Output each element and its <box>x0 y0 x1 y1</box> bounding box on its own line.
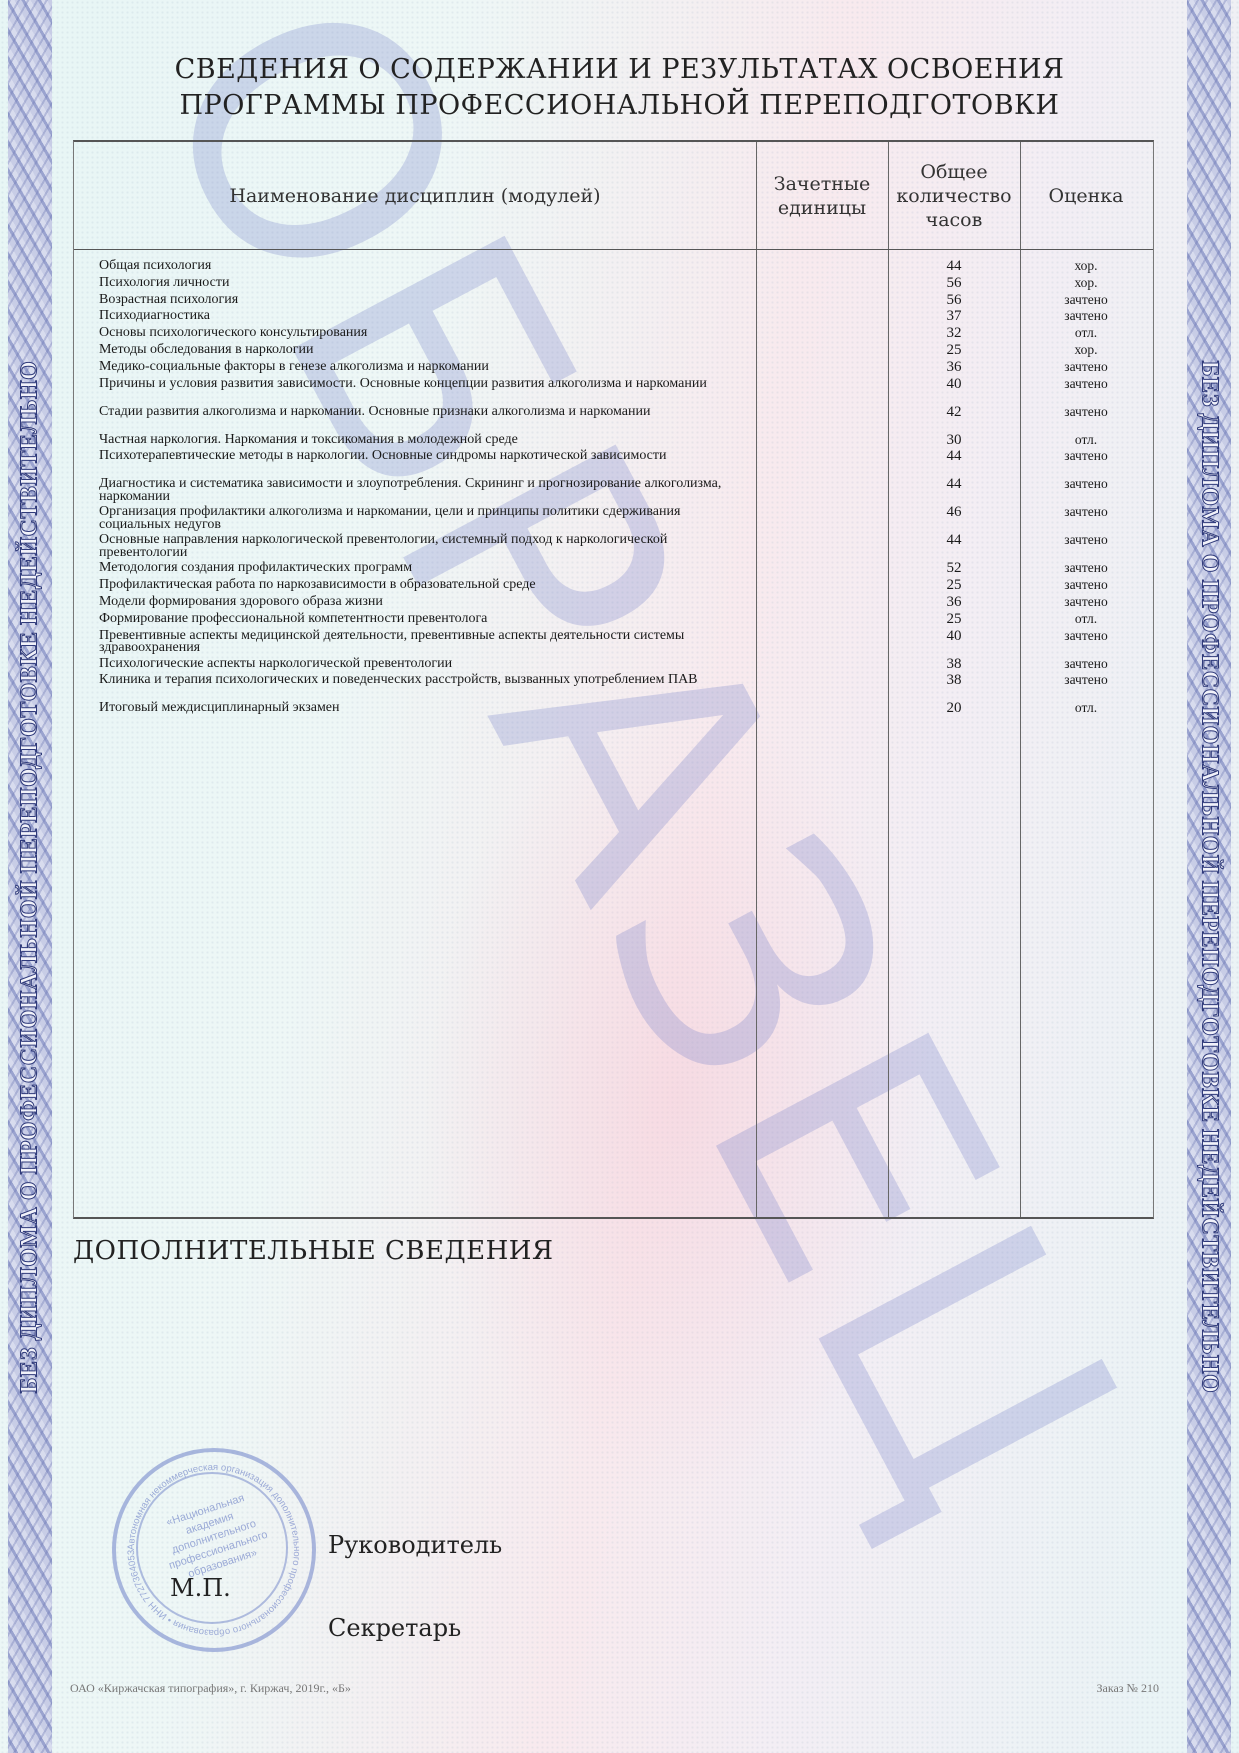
discipline-name: Психотерапевтические методы в наркологии… <box>99 450 739 463</box>
header-grade: Оценка <box>1020 142 1152 249</box>
hours-value: 44 <box>888 450 1020 463</box>
table-row: Основные направления наркологической пре… <box>74 534 1153 562</box>
grade-value: отл. <box>1020 702 1152 715</box>
left-band-text: БЕЗ ДИПЛОМА О ПРОФЕССИОНАЛЬНОЙ ПЕРЕПОДГО… <box>17 360 44 1393</box>
hours-value: 20 <box>888 702 1020 715</box>
header-hours-line3: часов <box>896 208 1011 232</box>
grade-value: отл. <box>1020 327 1152 340</box>
hours-value: 36 <box>888 596 1020 609</box>
hours-value: 37 <box>888 310 1020 323</box>
discipline-name: Методология создания профилактических пр… <box>99 562 739 575</box>
grade-value: отл. <box>1020 434 1152 447</box>
discipline-name: Психодиагностика <box>99 310 739 323</box>
printer-imprint: ОАО «Киржачская типография», г. Киржач, … <box>70 1681 351 1696</box>
header-hours: Общее количество часов <box>888 142 1020 249</box>
right-security-band: БЕЗ ДИПЛОМА О ПРОФЕССИОНАЛЬНОЙ ПЕРЕПОДГО… <box>1187 0 1231 1753</box>
hours-value: 46 <box>888 506 1020 519</box>
hours-value: 56 <box>888 294 1020 307</box>
grade-value: хор. <box>1020 344 1152 357</box>
grade-value: зачтено <box>1020 506 1152 519</box>
header-hours-line2: количество <box>896 184 1011 208</box>
head-signature-label: Руководитель <box>328 1531 502 1559</box>
hours-value: 52 <box>888 562 1020 575</box>
hours-value: 38 <box>888 674 1020 687</box>
right-band-text: БЕЗ ДИПЛОМА О ПРОФЕССИОНАЛЬНОЙ ПЕРЕПОДГО… <box>1196 360 1223 1393</box>
discipline-name: Превентивные аспекты медицинской деятель… <box>99 630 739 655</box>
header-credits-line1: Зачетные <box>774 172 871 196</box>
hours-value: 44 <box>888 478 1020 491</box>
discipline-name: Медико-социальные факторы в генезе алког… <box>99 361 739 374</box>
page-title: СВЕДЕНИЯ О СОДЕРЖАНИИ И РЕЗУЛЬТАТАХ ОСВО… <box>0 52 1239 124</box>
discipline-name: Итоговый междисциплинарный экзамен <box>99 702 739 715</box>
grade-value: зачтено <box>1020 294 1152 307</box>
discipline-name: Стадии развития алкоголизма и наркомании… <box>99 406 739 419</box>
grade-value: хор. <box>1020 260 1152 273</box>
grade-value: зачтено <box>1020 630 1152 643</box>
discipline-name: Клиника и терапия психологических и пове… <box>99 674 739 687</box>
header-discipline: Наименование дисциплин (модулей) <box>74 142 756 249</box>
hours-value: 44 <box>888 534 1020 547</box>
discipline-name: Модели формирования здорового образа жиз… <box>99 596 739 609</box>
official-stamp: Автономная некоммерческая организация до… <box>112 1448 316 1652</box>
additional-info-heading: ДОПОЛНИТЕЛЬНЫЕ СВЕДЕНИЯ <box>73 1236 553 1266</box>
hours-value: 42 <box>888 406 1020 419</box>
discipline-name: Частная наркология. Наркомания и токсико… <box>99 434 739 447</box>
hours-value: 44 <box>888 260 1020 273</box>
seal-label: М.П. <box>170 1574 231 1602</box>
table-row: Возрастная психология56зачтено <box>74 294 1153 311</box>
hours-value: 25 <box>888 344 1020 357</box>
table-row: Психотерапевтические методы в наркологии… <box>74 450 1153 478</box>
disciplines-table: Наименование дисциплин (модулей) Зачетны… <box>73 140 1154 1219</box>
header-divider <box>74 249 1153 250</box>
grade-value: зачтено <box>1020 534 1152 547</box>
header-credits: Зачетные единицы <box>756 142 888 249</box>
table-row: Клиника и терапия психологических и пове… <box>74 674 1153 702</box>
discipline-name: Основные направления наркологической пре… <box>99 534 739 559</box>
hours-value: 32 <box>888 327 1020 340</box>
discipline-name: Формирование профессиональной компетентн… <box>99 613 739 626</box>
header-credits-line2: единицы <box>774 196 871 220</box>
grade-value: зачтено <box>1020 406 1152 419</box>
hours-value: 38 <box>888 658 1020 671</box>
hours-value: 40 <box>888 630 1020 643</box>
table-row: Диагностика и систематика зависимости и … <box>74 478 1153 506</box>
secretary-signature-label: Секретарь <box>328 1614 461 1642</box>
discipline-name: Диагностика и систематика зависимости и … <box>99 478 739 503</box>
hours-value: 25 <box>888 579 1020 592</box>
hours-value: 36 <box>888 361 1020 374</box>
header-hours-line1: Общее <box>896 160 1011 184</box>
left-security-band: БЕЗ ДИПЛОМА О ПРОФЕССИОНАЛЬНОЙ ПЕРЕПОДГО… <box>8 0 52 1753</box>
title-line-1: СВЕДЕНИЯ О СОДЕРЖАНИИ И РЕЗУЛЬТАТАХ ОСВО… <box>0 52 1239 88</box>
table-row: Превентивные аспекты медицинской деятель… <box>74 630 1153 658</box>
grade-value: отл. <box>1020 613 1152 626</box>
grade-value: зачтено <box>1020 450 1152 463</box>
hours-value: 25 <box>888 613 1020 626</box>
grade-value: хор. <box>1020 277 1152 290</box>
hours-value: 40 <box>888 378 1020 391</box>
grade-value: зачтено <box>1020 310 1152 323</box>
discipline-name: Основы психологического консультирования <box>99 327 739 340</box>
discipline-name: Общая психология <box>99 260 739 273</box>
grade-value: зачтено <box>1020 674 1152 687</box>
table-row: Стадии развития алкоголизма и наркомании… <box>74 406 1153 434</box>
title-line-2: ПРОГРАММЫ ПРОФЕССИОНАЛЬНОЙ ПЕРЕПОДГОТОВК… <box>0 88 1239 124</box>
hours-value: 56 <box>888 277 1020 290</box>
discipline-name: Возрастная психология <box>99 294 739 307</box>
table-row: Общая психология44хор. <box>74 260 1153 277</box>
discipline-name: Организация профилактики алкоголизма и н… <box>99 506 739 531</box>
order-number: Заказ № 210 <box>1096 1681 1159 1696</box>
grade-value: зачтено <box>1020 596 1152 609</box>
grade-value: зачтено <box>1020 562 1152 575</box>
discipline-name: Психологические аспекты наркологической … <box>99 658 739 671</box>
grade-value: зачтено <box>1020 658 1152 671</box>
grade-value: зачтено <box>1020 478 1152 491</box>
discipline-name: Профилактическая работа по наркозависимо… <box>99 579 739 592</box>
table-row: Организация профилактики алкоголизма и н… <box>74 506 1153 534</box>
table-row: Итоговый междисциплинарный экзамен20отл. <box>74 702 1153 719</box>
discipline-name: Методы обследования в наркологии <box>99 344 739 357</box>
grade-value: зачтено <box>1020 361 1152 374</box>
grade-value: зачтено <box>1020 378 1152 391</box>
table-body: Общая психология44хор.Психология личност… <box>74 260 1153 719</box>
discipline-name: Причины и условия развития зависимости. … <box>99 378 739 391</box>
hours-value: 30 <box>888 434 1020 447</box>
grade-value: зачтено <box>1020 579 1152 592</box>
table-row: Причины и условия развития зависимости. … <box>74 378 1153 406</box>
discipline-name: Психология личности <box>99 277 739 290</box>
